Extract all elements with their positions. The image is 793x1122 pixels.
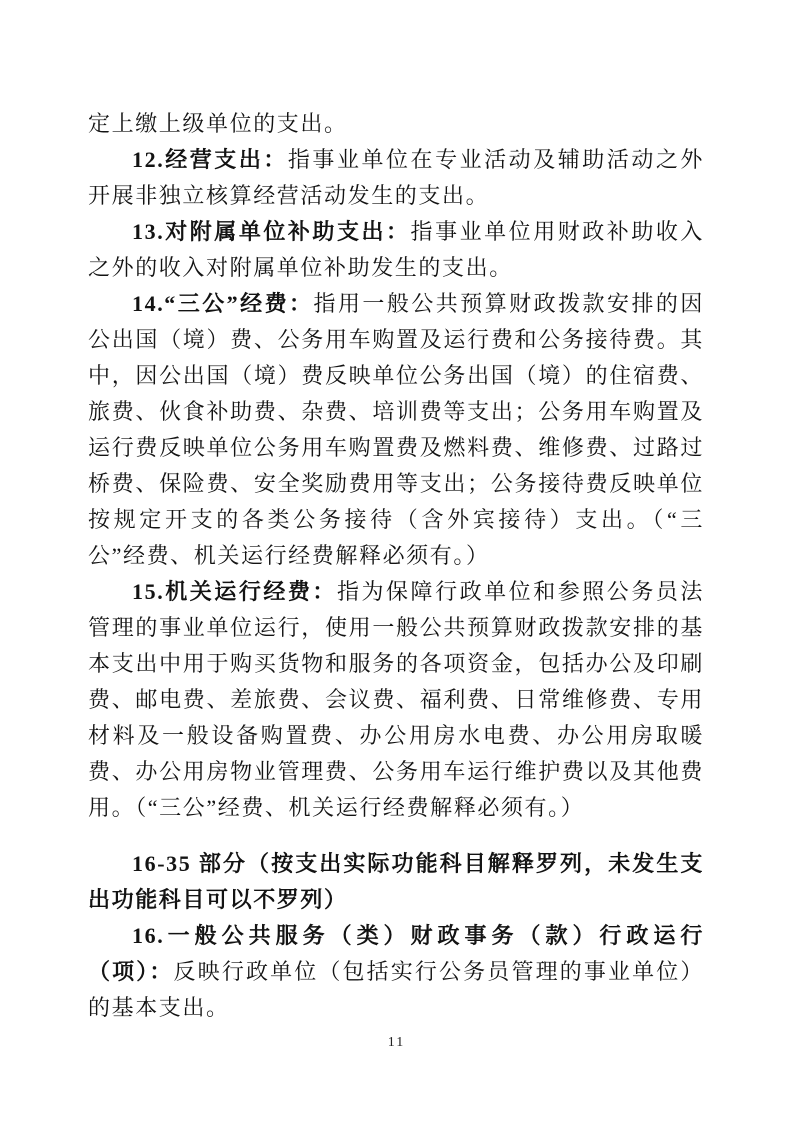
paragraph: 定上缴上级单位的支出。 <box>88 106 704 142</box>
page-footer: 11 <box>0 1033 793 1051</box>
paragraph-lead-bold: 15.机关运行经费： <box>132 579 337 604</box>
paragraph: 16.一般公共服务（类）财政事务（款）行政运行（项）：反映行政单位（包括实行公务… <box>88 918 704 1026</box>
paragraph-text: 反映行政单位（包括实行公务员管理的事业单位）的基本支出。 <box>88 959 704 1020</box>
document-body: 定上缴上级单位的支出。12.经营支出：指事业单位在专业活动及辅助活动之外开展非独… <box>88 106 704 1026</box>
section-heading: 16-35 部分（按支出实际功能科目解释罗列，未发生支出功能科目可以不罗列） <box>88 846 704 918</box>
document-page: 定上缴上级单位的支出。12.经营支出：指事业单位在专业活动及辅助活动之外开展非独… <box>0 0 793 1122</box>
paragraph-lead-bold: 16-35 部分（按支出实际功能科目解释罗列，未发生支出功能科目可以不罗列） <box>88 851 704 912</box>
paragraph: 14.“三公”经费：指用一般公共预算财政拨款安排的因公出国（境）费、公务用车购置… <box>88 286 704 574</box>
paragraph: 12.经营支出：指事业单位在专业活动及辅助活动之外开展非独立核算经营活动发生的支… <box>88 142 704 214</box>
paragraph: 15.机关运行经费：指为保障行政单位和参照公务员法管理的事业单位运行，使用一般公… <box>88 574 704 826</box>
paragraph-lead-bold: 13.对附属单位补助支出： <box>132 219 411 244</box>
page-number: 11 <box>388 1035 405 1050</box>
paragraph: 13.对附属单位补助支出：指事业单位用财政补助收入之外的收入对附属单位补助发生的… <box>88 214 704 286</box>
paragraph-text: 指用一般公共预算财政拨款安排的因公出国（境）费、公务用车购置及运行费和公务接待费… <box>88 291 704 568</box>
paragraph-text: 定上缴上级单位的支出。 <box>88 111 348 136</box>
paragraph-lead-bold: 14.“三公”经费： <box>132 291 314 316</box>
paragraph-lead-bold: 12.经营支出： <box>132 147 288 172</box>
paragraph-text: 指为保障行政单位和参照公务员法管理的事业单位运行，使用一般公共预算财政拨款安排的… <box>88 579 704 820</box>
